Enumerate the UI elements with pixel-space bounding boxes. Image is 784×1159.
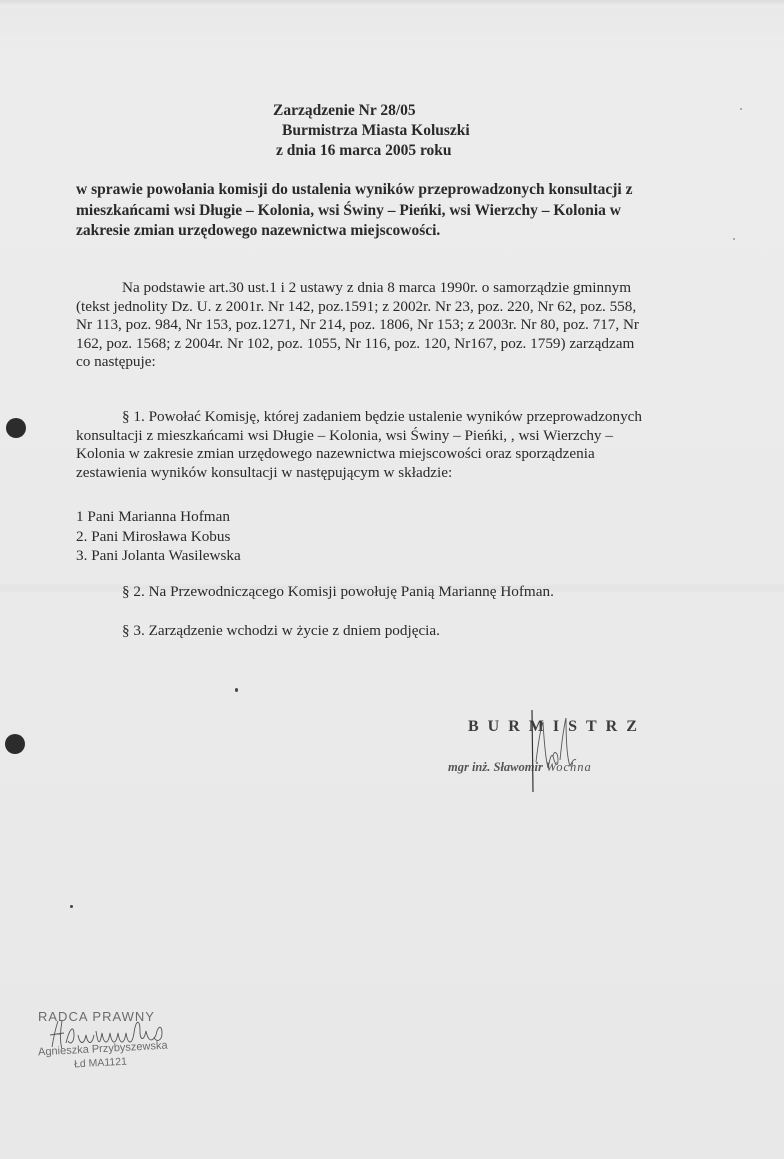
paragraph-1-line: § 1. Powołać Komisję, której zadaniem bę… [76,408,736,427]
handwritten-signature [440,700,700,800]
legal-advisor-stamp: RADCA PRAWNY Agnieszka Przybyszewska Łd … [30,1005,190,1075]
legal-basis-line: Na podstawie art.30 ust.1 i 2 ustawy z d… [76,279,736,298]
punch-hole [5,734,25,754]
list-item: 3. Pani Jolanta Wasilewska [76,546,241,566]
paragraph-1: § 1. Powołać Komisję, której zadaniem bę… [76,408,736,482]
page-top-edge [0,0,784,6]
legal-basis-line: Nr 113, poz. 984, Nr 153, poz.1271, Nr 2… [76,316,736,335]
signatory-surname: Wochna [546,760,592,774]
signatory-title: BURMISTRZ [468,718,646,736]
legal-basis: Na podstawie art.30 ust.1 i 2 ustawy z d… [76,279,736,372]
signature-block: BURMISTRZ mgr inż. Sławomir Wochna [440,700,700,800]
paragraph-2: § 2. Na Przewodniczącego Komisji powołuj… [122,583,554,601]
ordinance-number: Zarządzenie Nr 28/05 [273,101,416,121]
list-item: 2. Pani Mirosława Kobus [76,527,241,547]
paragraph-1-line: zestawienia wyników konsultacji w następ… [76,464,736,483]
document-subject: w sprawie powołania komisji do ustalenia… [76,180,736,242]
scan-speck [740,108,742,110]
signatory-name: mgr inż. Sławomir Wochna [448,760,592,775]
issuing-authority: Burmistrza Miasta Koluszki [282,121,470,141]
paragraph-1-line: Kolonia w zakresie zmian urzędowego naze… [76,445,736,464]
list-item: 1 Pani Marianna Hofman [76,507,241,527]
legal-basis-line: (tekst jednolity Dz. U. z 2001r. Nr 142,… [76,298,736,317]
paragraph-1-line: konsultacji z mieszkańcami wsi Długie – … [76,427,736,446]
scan-speck [70,905,73,908]
legal-basis-line: 162, poz. 1568; z 2004r. Nr 102, poz. 10… [76,335,736,354]
ordinance-date: z dnia 16 marca 2005 roku [276,141,452,161]
scanned-page: Zarządzenie Nr 28/05 Burmistrza Miasta K… [0,0,784,1159]
signatory-name-prefix: mgr inż. Sławomir [448,760,543,774]
legal-basis-line: co następuje: [76,353,736,372]
paragraph-3: § 3. Zarządzenie wchodzi w życie z dniem… [122,622,440,640]
scan-speck [235,688,238,692]
punch-hole [6,418,26,438]
commission-members-list: 1 Pani Marianna Hofman 2. Pani Mirosława… [76,507,241,566]
